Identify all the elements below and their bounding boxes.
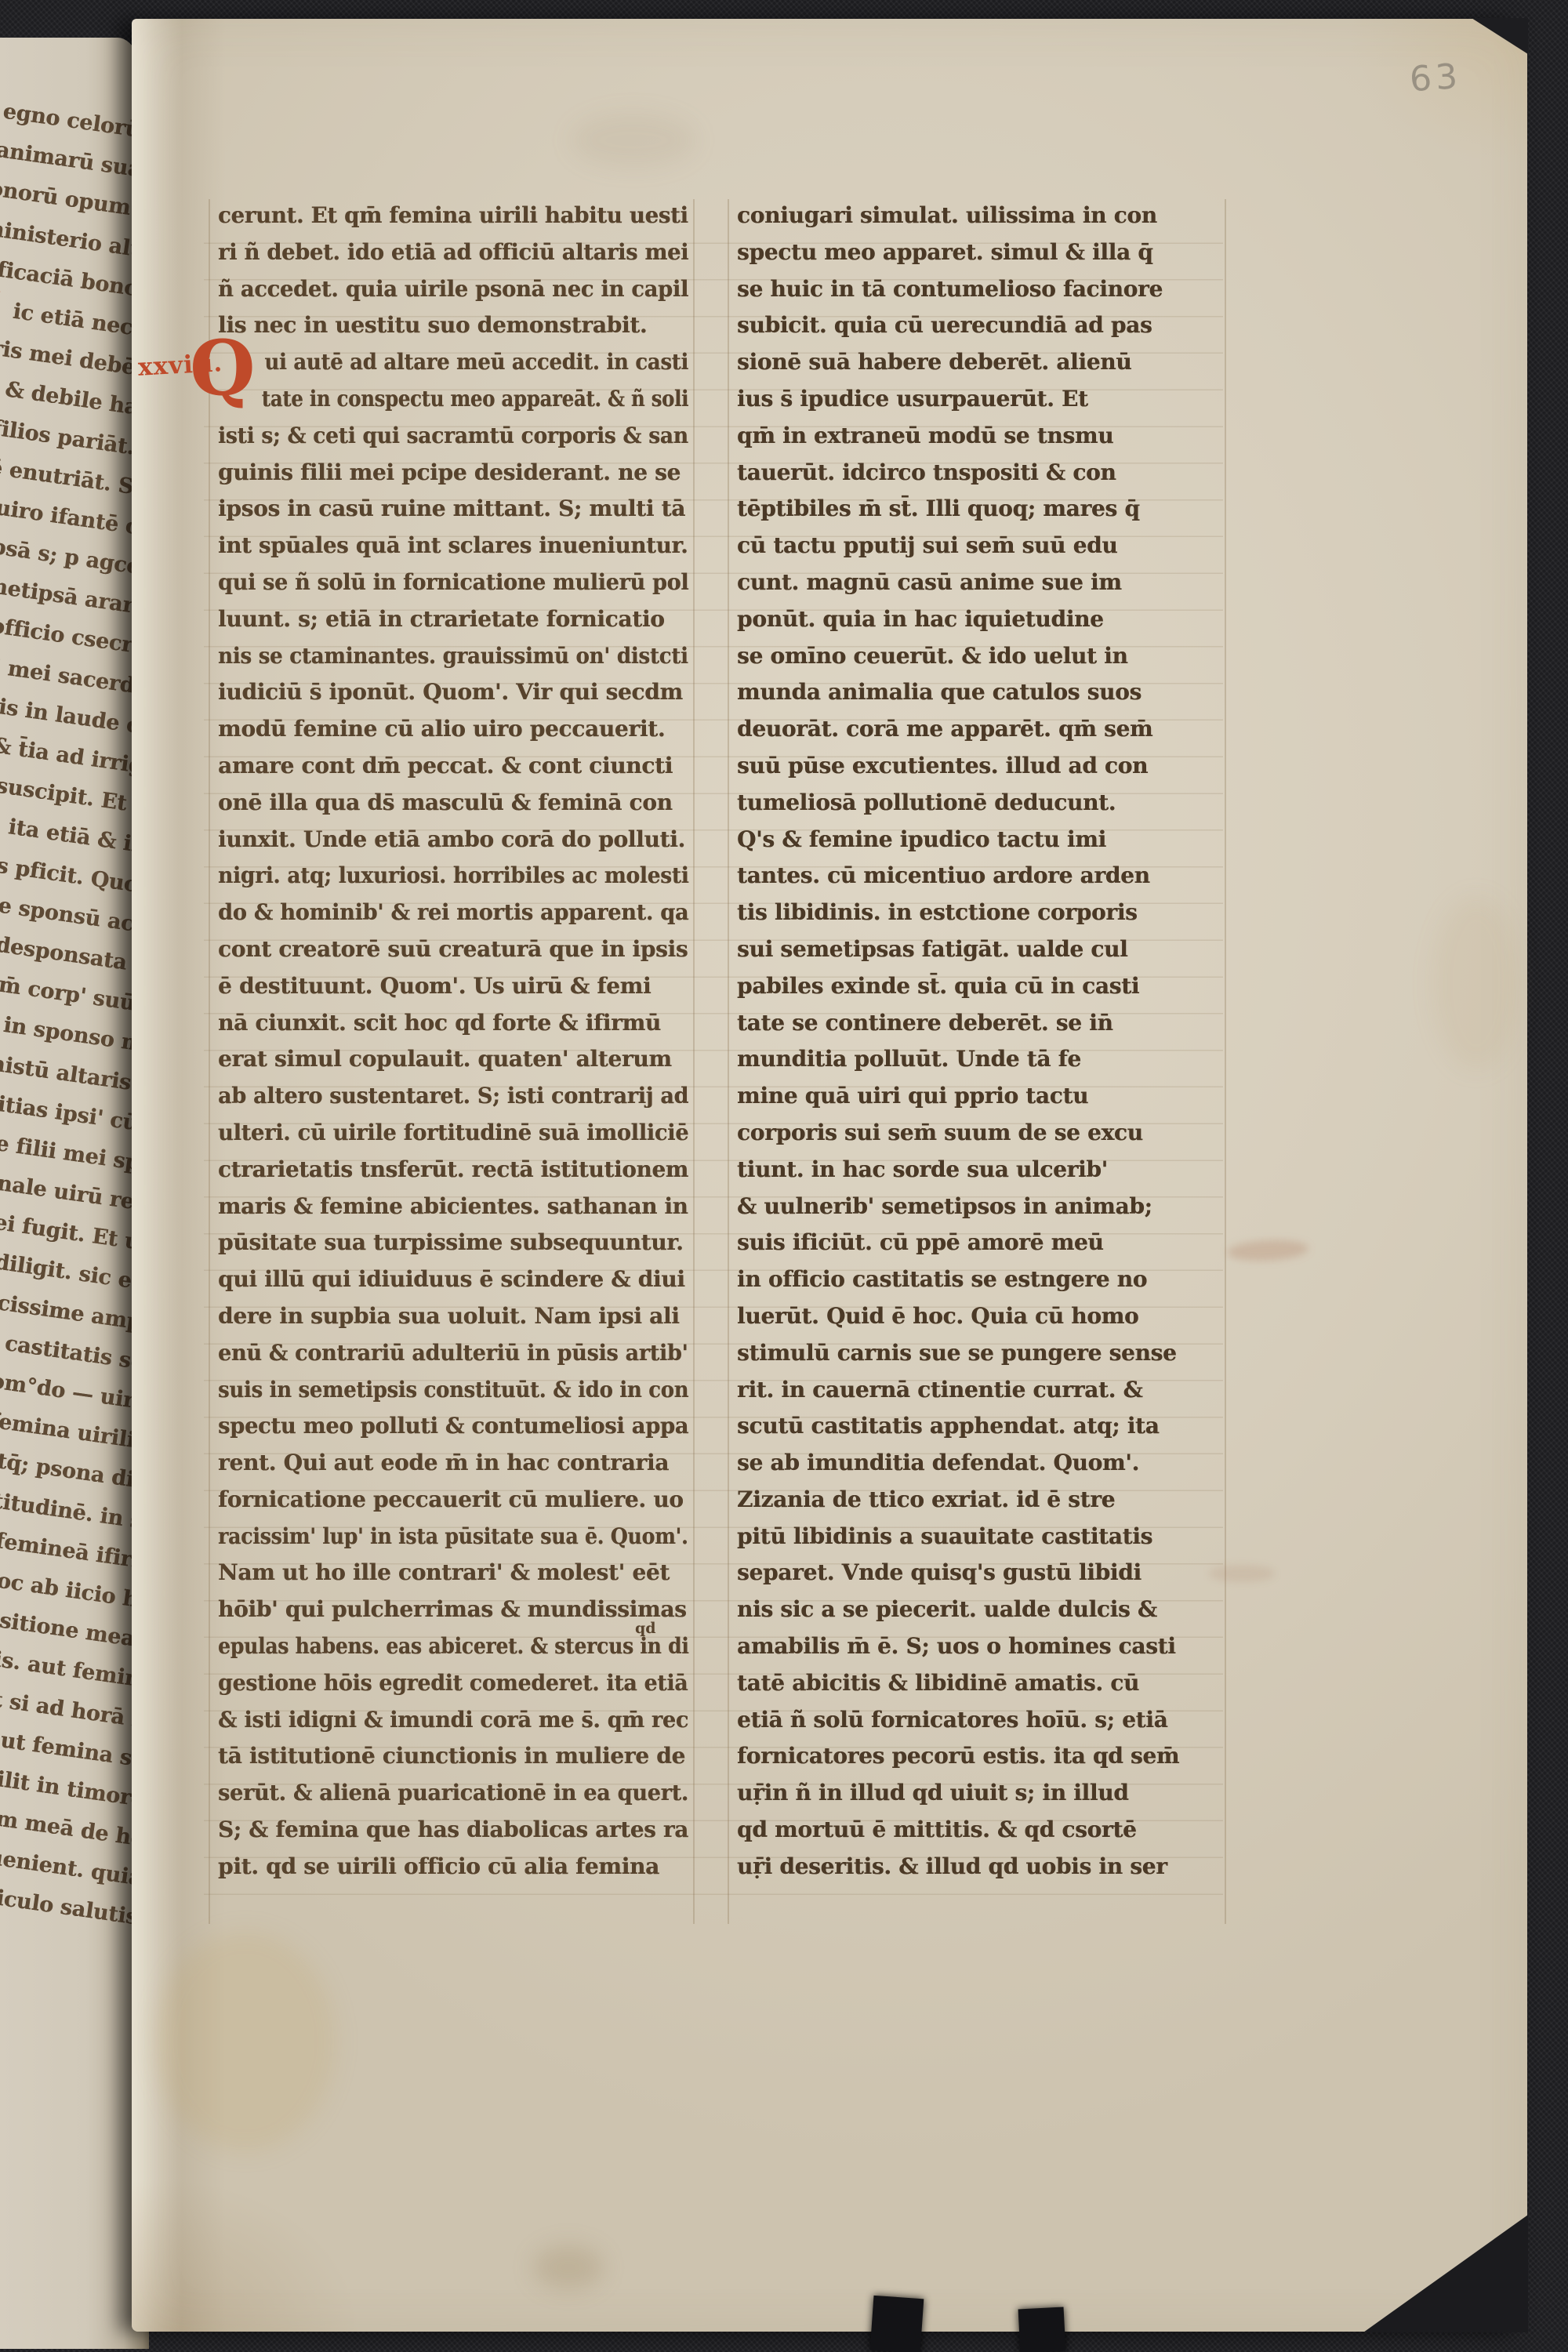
text-line: ius s̄ ipudice usurpauerūt. Et bbox=[737, 381, 1227, 418]
text-line: nigri. atq; luxuriosi. horribiles ac mol… bbox=[218, 858, 662, 895]
text-line: maris & femine abicientes. sathanan in bbox=[218, 1189, 684, 1225]
text-line: tēptibiles m̄ st̄. Illi quoq; mares q̄ bbox=[737, 491, 1227, 528]
text-line: & uulnerib' semetipsos in animab; bbox=[737, 1189, 1227, 1225]
text-line: ē destituunt. Quom'. Us uirū & femi bbox=[218, 968, 688, 1005]
text-line: uṝin ñ in illud qd uiuit s; in illud bbox=[737, 1775, 1227, 1812]
text-line: S; & femina que has diabolicas artes ra bbox=[218, 1812, 685, 1849]
text-line: do & hominib' & rei mortis apparent. qa bbox=[218, 895, 675, 931]
text-line: tate in conspectu meo appareāt. & ñ soli bbox=[218, 381, 628, 418]
text-line: dere in supbia sua uoluit. Nam ipsi ali bbox=[218, 1298, 688, 1335]
text-line: stimulū carnis sue se pungere sense bbox=[737, 1335, 1227, 1372]
text-line: amare cont dm̄ peccat. & cont ciuncti bbox=[218, 748, 688, 785]
text-line: se huic in tā contumelioso facinore bbox=[737, 271, 1227, 308]
text-line: etiā ñ solū fornicatores hoīū. s; etiā bbox=[737, 1702, 1227, 1739]
text-line: sui semetipsas fatigāt. ualde cul bbox=[737, 931, 1227, 968]
text-line: tis libidinis. in estctione corporis bbox=[737, 895, 1227, 931]
text-line: nis se ctaminantes. grauissimū on' distc… bbox=[218, 638, 657, 675]
text-line: spectu meo polluti & contumeliosi appa bbox=[218, 1408, 677, 1445]
page-corner-top-right bbox=[1472, 18, 1528, 54]
left-column: cerunt. Et qm̄ femina uirili habitu uest… bbox=[218, 198, 688, 1886]
vertical-rule-left-inner bbox=[693, 199, 695, 1924]
right-column: coniugari simulat. uilissima in conspect… bbox=[737, 198, 1227, 1886]
text-line: ñ accedet. quia uirile psonā nec in capi… bbox=[218, 271, 677, 308]
text-line: pit. qd se uirili officio cū alia femina bbox=[218, 1849, 688, 1886]
text-line: pabiles exinde st̄. quia cū in casti bbox=[737, 968, 1227, 1005]
page-corner-bottom-right bbox=[1363, 2215, 1528, 2332]
text-line: int spūales quā int sclares inueniuntur. bbox=[218, 528, 683, 564]
text-line: iudiciū s̄ iponūt. Quom'. Vir qui secdm bbox=[218, 674, 688, 711]
text-line: qui se ñ solū in fornicatione mulierū po… bbox=[218, 564, 672, 601]
parchment-stain bbox=[155, 1932, 336, 2151]
text-line: hōib' qui pulcherrimas & mundissimas bbox=[218, 1592, 688, 1628]
text-line: separet. Vnde quisq's gustū libidi bbox=[737, 1555, 1227, 1592]
text-line: tā istitutionē ciunctionis in muliere de bbox=[218, 1738, 688, 1775]
text-line: qm̄ in extraneū modū se tnsmu bbox=[737, 418, 1227, 455]
text-line: munda animalia que catulos suos bbox=[737, 674, 1227, 711]
book-strap bbox=[1018, 2307, 1066, 2352]
text-line: fornicatione peccauerit cū muliere. uo bbox=[218, 1482, 688, 1519]
text-line: iunxit. Unde etiā ambo corā do polluti. bbox=[218, 822, 688, 858]
text-line: nā ciunxit. scit hoc qd forte & ifirmū bbox=[218, 1005, 688, 1042]
margin-smudge bbox=[1209, 1565, 1275, 1582]
text-line: qd mortuū ē mittitis. & qd csortē bbox=[737, 1812, 1227, 1849]
text-line: serūt. & alienā puaricationē in ea quert… bbox=[218, 1775, 673, 1812]
text-line: in officio castitatis se estngere no bbox=[737, 1261, 1227, 1298]
text-line: luunt. s; etiā in ctrarietate fornicatio bbox=[218, 601, 688, 638]
text-line: luerūt. Quid ē hoc. Quia cū homo bbox=[737, 1298, 1227, 1335]
text-line: cont creatorē suū creaturā que in ipsis bbox=[218, 931, 688, 968]
text-line: deuorāt. corā me apparēt. qm̄ sem̄ bbox=[737, 711, 1227, 748]
vertical-rule-right-outer bbox=[728, 199, 729, 1924]
text-line: ui autē ad altare meū accedit. in casti bbox=[218, 344, 654, 381]
previous-page-edge: egno celorū ñ separabuntanimarū suarū ha… bbox=[0, 38, 149, 2349]
folio-number: 63 bbox=[1408, 56, 1462, 100]
text-line: suis ificiūt. cū ppē amorē meū bbox=[737, 1225, 1227, 1261]
text-line: ulteri. cū uirile fortitudinē suā imolli… bbox=[218, 1115, 676, 1152]
text-line: gestione hōis egredit comederet. ita eti… bbox=[218, 1665, 669, 1702]
text-line: qui illū qui idiuiduus ē scindere & diui bbox=[218, 1261, 688, 1298]
text-line: rit. in cauernā ctinentie currat. & bbox=[737, 1372, 1227, 1409]
parchment-stain bbox=[1433, 897, 1519, 1069]
vertical-rule-left-outer bbox=[209, 199, 210, 1924]
text-line: guinis filii mei pcipe desiderant. ne se bbox=[218, 455, 688, 492]
previous-page-text: egno celorū ñ separabuntanimarū suarū ha… bbox=[0, 86, 149, 1915]
book-strap bbox=[870, 2296, 924, 2352]
parchment-stain bbox=[533, 2245, 604, 2289]
text-line: coniugari simulat. uilissima in con bbox=[737, 198, 1227, 234]
text-line: fornicatores pecorū estis. ita qd sem̄ bbox=[737, 1738, 1227, 1775]
text-line: amabilis m̄ ē. S; uos o homines casti bbox=[737, 1628, 1227, 1665]
text-line: enū & contrariū adulteriū in pūsis artib… bbox=[218, 1335, 673, 1372]
interlinear-gloss: qd bbox=[635, 1620, 656, 1637]
text-line: cū tactu pputij sui sem̄ suū edu bbox=[737, 528, 1227, 564]
text-line: Q's & femine ipudico tactu imi bbox=[737, 822, 1227, 858]
text-line: lis nec in uestitu suo demonstrabit. bbox=[218, 307, 688, 344]
text-line: suis in semetipsis constituūt. & ido in … bbox=[218, 1372, 654, 1409]
text-line: suū pūse excutientes. illud ad con bbox=[737, 748, 1227, 785]
text-line: & isti idigni & imundi corā me s̄. qm̄ r… bbox=[218, 1702, 673, 1739]
text-line: cunt. magnū casū anime sue im bbox=[737, 564, 1227, 601]
text-line: cerunt. Et qm̄ femina uirili habitu uest… bbox=[218, 198, 681, 234]
text-line: pūsitate sua turpissime subsequuntur. bbox=[218, 1225, 688, 1261]
text-line: nis sic a se piecerit. ualde dulcis & bbox=[737, 1592, 1227, 1628]
parchment-stain bbox=[571, 113, 696, 168]
text-line: erat simul copulauit. quaten' alterum bbox=[218, 1041, 688, 1078]
text-line: ri ñ debet. ido etiā ad officiū altaris … bbox=[218, 234, 677, 271]
text-line: isti s; & ceti qui sacramtū corporis & s… bbox=[218, 418, 664, 455]
text-line: tumeliosā pollutionē deducunt. bbox=[737, 785, 1227, 822]
text-line: spectu meo apparet. simul & illa q̄ bbox=[737, 234, 1227, 271]
manuscript-page: 63 xxviii. Q cerunt. Et qm̄ femina uiril… bbox=[132, 19, 1527, 2332]
text-line: tatē abicitis & libidinē amatis. cū bbox=[737, 1665, 1227, 1702]
manuscript-photo: egno celorū ñ separabuntanimarū suarū ha… bbox=[0, 0, 1568, 2352]
text-line: munditia polluūt. Unde tā fe bbox=[737, 1041, 1227, 1078]
text-line: tantes. cū micentiuo ardore arden bbox=[737, 858, 1227, 895]
text-line: pitū libidinis a suauitate castitatis bbox=[737, 1519, 1227, 1555]
text-line: tauerūt. idcirco tnspositi & con bbox=[737, 455, 1227, 492]
text-line: epulas habens. eas abiceret. & stercus i… bbox=[218, 1628, 640, 1665]
text-line: ponūt. quia in hac iquietudine bbox=[737, 601, 1227, 638]
text-line: se ab imunditia defendat. Quom'. bbox=[737, 1445, 1227, 1482]
text-line: scutū castitatis apphendat. atq; ita bbox=[737, 1408, 1227, 1445]
text-line: ab altero sustentaret. S; isti contrarij… bbox=[218, 1078, 673, 1115]
text-line: sionē suā habere deberēt. alienū bbox=[737, 344, 1227, 381]
text-line: se omīno ceuerūt. & ido uelut in bbox=[737, 638, 1227, 675]
text-line: subicit. quia cū uerecundiā ad pas bbox=[737, 307, 1227, 344]
text-line: mine quā uiri qui pprio tactu bbox=[737, 1078, 1227, 1115]
text-line: tiunt. in hac sorde sua ulcerib' bbox=[737, 1152, 1227, 1189]
text-line: onē illa qua ds̄ masculū & feminā con bbox=[218, 785, 688, 822]
text-line: ctrarietatis tnsferūt. rectā istitutione… bbox=[218, 1152, 685, 1189]
text-line: corporis sui sem̄ suum de se excu bbox=[737, 1115, 1227, 1152]
text-line: uṝi deseritis. & illud qd uobis in ser bbox=[737, 1849, 1227, 1886]
text-line: rent. Qui aut eode m̄ in hac contraria bbox=[218, 1445, 688, 1482]
text-line: modū femine cū alio uiro peccauerit. bbox=[218, 711, 688, 748]
text-line: racissim' lup' in ista pūsitate sua ē. Q… bbox=[218, 1519, 642, 1555]
margin-smudge bbox=[1226, 1238, 1308, 1262]
text-line: ipsos in casū ruine mittant. S; multi tā bbox=[218, 491, 688, 528]
text-line: Zizania de ttico exriat. id ē stre bbox=[737, 1482, 1227, 1519]
text-line: tate se continere deberēt. se in̄ bbox=[737, 1005, 1227, 1042]
text-line: Nam ut ho ille contrari' & molest' eēt bbox=[218, 1555, 688, 1592]
